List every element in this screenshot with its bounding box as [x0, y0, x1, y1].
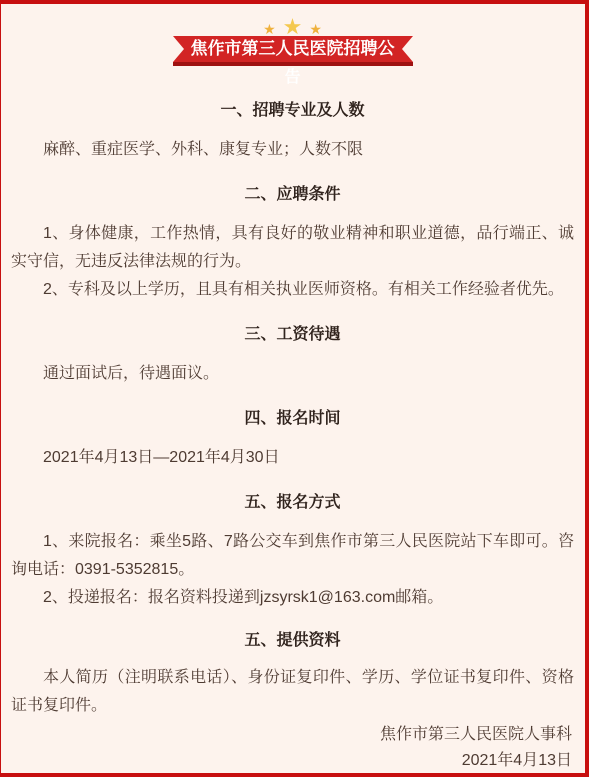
section-heading: 二、应聘条件: [11, 184, 574, 206]
section-registration-method: 五、报名方式 1、来院报名：乘坐5路、7路公交车到焦作市第三人民医院站下车即可。…: [11, 492, 574, 612]
announcement-title: 焦作市第三人民医院招聘公: [191, 39, 395, 58]
section-heading: 四、报名时间: [11, 408, 574, 430]
announcement-page: ★ ★ ★ 焦作市第三人民医院招聘公 告 一、招聘专业及人数 麻醉、重症医学、外…: [0, 0, 589, 777]
body-paragraph: 2、投递报名：报名资料投递到jzsyrsk1@163.com邮箱。: [11, 584, 574, 612]
section-heading: 三、工资待遇: [11, 324, 574, 346]
body-paragraph: 1、身体健康，工作热情，具有良好的敬业精神和职业道德，品行端正、诚实守信，无违反…: [11, 220, 574, 276]
ribbon-notch-left: [173, 36, 184, 62]
section-salary: 三、工资待遇 通过面试后，待遇面议。: [11, 324, 574, 388]
section-heading: 一、招聘专业及人数: [11, 100, 574, 122]
star-icon: ★: [309, 22, 322, 36]
body-paragraph: 1、来院报名：乘坐5路、7路公交车到焦作市第三人民医院站下车即可。咨询电话：03…: [11, 528, 574, 584]
body-paragraph: 2021年4月13日—2021年4月30日: [11, 444, 574, 472]
title-ribbon: 焦作市第三人民医院招聘公: [173, 36, 413, 66]
star-icon: ★: [263, 22, 276, 36]
section-registration-time: 四、报名时间 2021年4月13日—2021年4月30日: [11, 408, 574, 472]
decorative-stars: ★ ★ ★: [11, 10, 574, 36]
section-required-materials: 五、提供资料 本人简历（注明联系电话）、身份证复印件、学历、学位证书复印件、资格…: [11, 630, 574, 720]
body-paragraph: 2、专科及以上学历，且具有相关执业医师资格。有相关工作经验者优先。: [11, 276, 574, 304]
signature-org: 焦作市第三人民医院人事科: [11, 722, 572, 748]
signature-block: 焦作市第三人民医院人事科 2021年4月13日: [11, 722, 574, 774]
body-paragraph: 通过面试后，待遇面议。: [11, 360, 574, 388]
signature-date: 2021年4月13日: [11, 748, 572, 774]
section-heading: 五、提供资料: [11, 630, 574, 652]
announcement-title-overflow: 告: [11, 66, 574, 90]
section-requirements: 二、应聘条件 1、身体健康，工作热情，具有良好的敬业精神和职业道德，品行端正、诚…: [11, 184, 574, 304]
body-paragraph: 麻醉、重症医学、外科、康复专业；人数不限: [11, 136, 574, 164]
ribbon-notch-right: [402, 36, 413, 62]
star-icon: ★: [283, 16, 303, 38]
body-paragraph: 本人简历（注明联系电话）、身份证复印件、学历、学位证书复印件、资格证书复印件。: [11, 664, 574, 720]
section-heading: 五、报名方式: [11, 492, 574, 514]
section-recruit-positions: 一、招聘专业及人数 麻醉、重症医学、外科、康复专业；人数不限: [11, 100, 574, 164]
